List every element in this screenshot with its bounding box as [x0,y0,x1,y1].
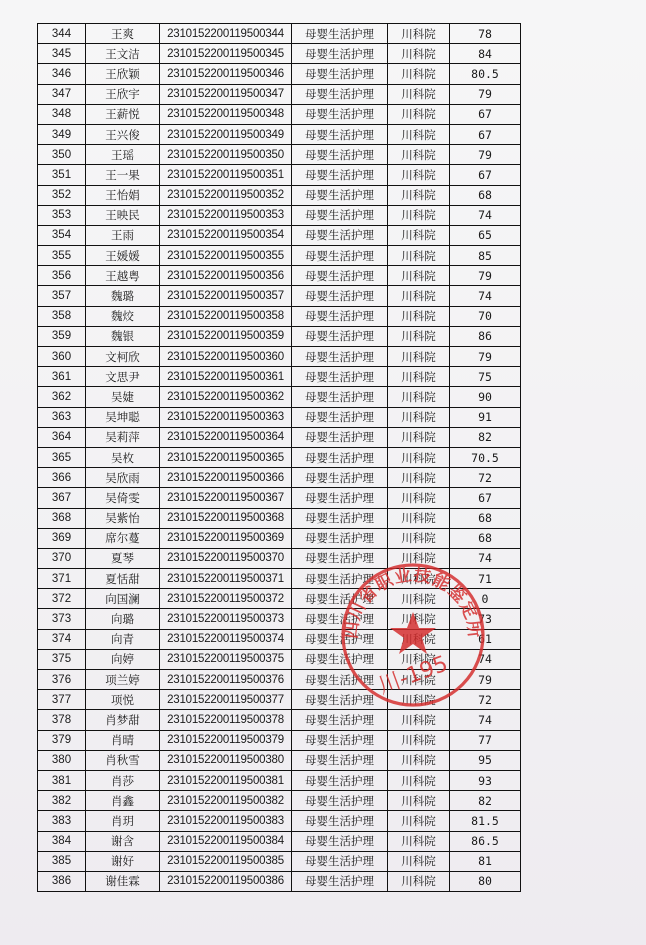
table-row: 379 肖晴 2310152200119500379 母婴生活护理 川科院 77 [38,730,521,750]
candidate-id: 2310152200119500383 [160,811,292,831]
score: 82 [450,427,521,447]
table-row: 345 王文洁 2310152200119500345 母婴生活护理 川科院 8… [38,44,521,64]
score: 70 [450,306,521,326]
table-row: 357 魏璐 2310152200119500357 母婴生活护理 川科院 74 [38,286,521,306]
candidate-id: 2310152200119500376 [160,670,292,690]
table-row: 383 肖玥 2310152200119500383 母婴生活护理 川科院 81… [38,811,521,831]
row-number: 360 [38,347,86,367]
candidate-name: 向婷 [86,649,160,669]
candidate-name: 向青 [86,629,160,649]
table-row: 369 席尔蔓 2310152200119500369 母婴生活护理 川科院 6… [38,528,521,548]
candidate-id: 2310152200119500344 [160,24,292,44]
program-name: 母婴生活护理 [292,831,388,851]
table-row: 349 王兴俊 2310152200119500349 母婴生活护理 川科院 6… [38,124,521,144]
program-name: 母婴生活护理 [292,589,388,609]
program-name: 母婴生活护理 [292,569,388,589]
program-name: 母婴生活护理 [292,286,388,306]
program-name: 母婴生活护理 [292,427,388,447]
row-number: 368 [38,508,86,528]
program-name: 母婴生活护理 [292,24,388,44]
candidate-id: 2310152200119500361 [160,367,292,387]
results-table-body: 344 王爽 2310152200119500344 母婴生活护理 川科院 78… [38,24,521,892]
table-row: 374 向青 2310152200119500374 母婴生活护理 川科院 61 [38,629,521,649]
score: 67 [450,488,521,508]
table-row: 351 王一果 2310152200119500351 母婴生活护理 川科院 6… [38,165,521,185]
organization: 川科院 [388,185,450,205]
candidate-name: 吴欣雨 [86,468,160,488]
candidate-name: 肖玥 [86,811,160,831]
candidate-name: 谢含 [86,831,160,851]
organization: 川科院 [388,569,450,589]
program-name: 母婴生活护理 [292,306,388,326]
candidate-name: 夏琴 [86,548,160,568]
candidate-name: 席尔蔓 [86,528,160,548]
row-number: 365 [38,447,86,467]
row-number: 345 [38,44,86,64]
candidate-id: 2310152200119500359 [160,326,292,346]
row-number: 354 [38,225,86,245]
organization: 川科院 [388,670,450,690]
candidate-id: 2310152200119500381 [160,770,292,790]
program-name: 母婴生活护理 [292,185,388,205]
score: 84 [450,44,521,64]
organization: 川科院 [388,44,450,64]
candidate-name: 肖秋雪 [86,750,160,770]
organization: 川科院 [388,407,450,427]
row-number: 356 [38,266,86,286]
table-row: 372 向国澜 2310152200119500372 母婴生活护理 川科院 0 [38,589,521,609]
candidate-id: 2310152200119500364 [160,427,292,447]
organization: 川科院 [388,124,450,144]
organization: 川科院 [388,629,450,649]
organization: 川科院 [388,609,450,629]
program-name: 母婴生活护理 [292,730,388,750]
program-name: 母婴生活护理 [292,447,388,467]
candidate-id: 2310152200119500369 [160,528,292,548]
candidate-name: 王薪悦 [86,104,160,124]
row-number: 347 [38,84,86,104]
program-name: 母婴生活护理 [292,326,388,346]
row-number: 371 [38,569,86,589]
candidate-id: 2310152200119500377 [160,690,292,710]
table-row: 386 谢佳霖 2310152200119500386 母婴生活护理 川科院 8… [38,871,521,891]
row-number: 350 [38,145,86,165]
program-name: 母婴生活护理 [292,367,388,387]
table-row: 375 向婷 2310152200119500375 母婴生活护理 川科院 74 [38,649,521,669]
table-row: 384 谢含 2310152200119500384 母婴生活护理 川科院 86… [38,831,521,851]
organization: 川科院 [388,589,450,609]
table-row: 344 王爽 2310152200119500344 母婴生活护理 川科院 78 [38,24,521,44]
row-number: 386 [38,871,86,891]
score: 74 [450,710,521,730]
candidate-name: 文柯欣 [86,347,160,367]
candidate-id: 2310152200119500348 [160,104,292,124]
table-row: 381 肖莎 2310152200119500381 母婴生活护理 川科院 93 [38,770,521,790]
table-row: 358 魏烄 2310152200119500358 母婴生活护理 川科院 70 [38,306,521,326]
organization: 川科院 [388,730,450,750]
organization: 川科院 [388,710,450,730]
candidate-id: 2310152200119500372 [160,589,292,609]
score: 80 [450,871,521,891]
candidate-id: 2310152200119500353 [160,205,292,225]
candidate-id: 2310152200119500363 [160,407,292,427]
row-number: 349 [38,124,86,144]
candidate-name: 王媛媛 [86,246,160,266]
table-row: 376 项兰婷 2310152200119500376 母婴生活护理 川科院 7… [38,670,521,690]
row-number: 366 [38,468,86,488]
score: 68 [450,508,521,528]
candidate-id: 2310152200119500362 [160,387,292,407]
score: 85 [450,246,521,266]
table-row: 373 向璐 2310152200119500373 母婴生活护理 川科院 73 [38,609,521,629]
candidate-id: 2310152200119500365 [160,447,292,467]
candidate-name: 王爽 [86,24,160,44]
row-number: 380 [38,750,86,770]
score: 79 [450,670,521,690]
table-row: 353 王映民 2310152200119500353 母婴生活护理 川科院 7… [38,205,521,225]
score: 74 [450,649,521,669]
candidate-name: 夏恬甜 [86,569,160,589]
row-number: 355 [38,246,86,266]
program-name: 母婴生活护理 [292,750,388,770]
candidate-name: 王兴俊 [86,124,160,144]
program-name: 母婴生活护理 [292,710,388,730]
table-row: 365 吴枚 2310152200119500365 母婴生活护理 川科院 70… [38,447,521,467]
organization: 川科院 [388,24,450,44]
organization: 川科院 [388,528,450,548]
candidate-id: 2310152200119500379 [160,730,292,750]
candidate-id: 2310152200119500357 [160,286,292,306]
organization: 川科院 [388,165,450,185]
program-name: 母婴生活护理 [292,871,388,891]
score: 86 [450,326,521,346]
score: 67 [450,124,521,144]
table-row: 378 肖梦甜 2310152200119500378 母婴生活护理 川科院 7… [38,710,521,730]
organization: 川科院 [388,750,450,770]
program-name: 母婴生活护理 [292,629,388,649]
organization: 川科院 [388,791,450,811]
table-row: 366 吴欣雨 2310152200119500366 母婴生活护理 川科院 7… [38,468,521,488]
candidate-id: 2310152200119500351 [160,165,292,185]
program-name: 母婴生活护理 [292,791,388,811]
organization: 川科院 [388,851,450,871]
program-name: 母婴生活护理 [292,64,388,84]
candidate-id: 2310152200119500371 [160,569,292,589]
program-name: 母婴生活护理 [292,811,388,831]
results-table: 344 王爽 2310152200119500344 母婴生活护理 川科院 78… [37,23,521,892]
candidate-id: 2310152200119500375 [160,649,292,669]
organization: 川科院 [388,387,450,407]
score: 67 [450,165,521,185]
program-name: 母婴生活护理 [292,266,388,286]
candidate-name: 吴莉萍 [86,427,160,447]
score: 81.5 [450,811,521,831]
candidate-id: 2310152200119500373 [160,609,292,629]
program-name: 母婴生活护理 [292,548,388,568]
program-name: 母婴生活护理 [292,488,388,508]
row-number: 372 [38,589,86,609]
candidate-name: 吴婕 [86,387,160,407]
score: 78 [450,24,521,44]
candidate-name: 文思尹 [86,367,160,387]
candidate-name: 向国澜 [86,589,160,609]
score: 79 [450,145,521,165]
table-row: 362 吴婕 2310152200119500362 母婴生活护理 川科院 90 [38,387,521,407]
score: 0 [450,589,521,609]
table-row: 355 王媛媛 2310152200119500355 母婴生活护理 川科院 8… [38,246,521,266]
candidate-name: 谢佳霖 [86,871,160,891]
score: 95 [450,750,521,770]
row-number: 384 [38,831,86,851]
program-name: 母婴生活护理 [292,84,388,104]
organization: 川科院 [388,811,450,831]
score: 75 [450,367,521,387]
program-name: 母婴生活护理 [292,407,388,427]
organization: 川科院 [388,690,450,710]
row-number: 362 [38,387,86,407]
table-row: 363 吴坤聪 2310152200119500363 母婴生活护理 川科院 9… [38,407,521,427]
organization: 川科院 [388,427,450,447]
table-row: 352 王怡娟 2310152200119500352 母婴生活护理 川科院 6… [38,185,521,205]
program-name: 母婴生活护理 [292,508,388,528]
row-number: 367 [38,488,86,508]
candidate-name: 魏烄 [86,306,160,326]
candidate-name: 吴坤聪 [86,407,160,427]
organization: 川科院 [388,508,450,528]
program-name: 母婴生活护理 [292,770,388,790]
candidate-name: 王映民 [86,205,160,225]
candidate-id: 2310152200119500368 [160,508,292,528]
program-name: 母婴生活护理 [292,104,388,124]
program-name: 母婴生活护理 [292,387,388,407]
table-row: 346 王欣颖 2310152200119500346 母婴生活护理 川科院 8… [38,64,521,84]
program-name: 母婴生活护理 [292,205,388,225]
candidate-id: 2310152200119500374 [160,629,292,649]
program-name: 母婴生活护理 [292,851,388,871]
row-number: 346 [38,64,86,84]
table-row: 367 吴倚雯 2310152200119500367 母婴生活护理 川科院 6… [38,488,521,508]
candidate-id: 2310152200119500349 [160,124,292,144]
score: 74 [450,286,521,306]
candidate-id: 2310152200119500385 [160,851,292,871]
program-name: 母婴生活护理 [292,468,388,488]
candidate-id: 2310152200119500350 [160,145,292,165]
organization: 川科院 [388,326,450,346]
score: 67 [450,104,521,124]
candidate-id: 2310152200119500366 [160,468,292,488]
program-name: 母婴生活护理 [292,225,388,245]
score: 68 [450,528,521,548]
organization: 川科院 [388,84,450,104]
organization: 川科院 [388,831,450,851]
score: 72 [450,690,521,710]
table-row: 360 文柯欣 2310152200119500360 母婴生活护理 川科院 7… [38,347,521,367]
score: 79 [450,266,521,286]
row-number: 357 [38,286,86,306]
organization: 川科院 [388,246,450,266]
candidate-name: 王欣宇 [86,84,160,104]
row-number: 382 [38,791,86,811]
organization: 川科院 [388,468,450,488]
score: 80.5 [450,64,521,84]
organization: 川科院 [388,367,450,387]
table-row: 350 王瑶 2310152200119500350 母婴生活护理 川科院 79 [38,145,521,165]
row-number: 361 [38,367,86,387]
candidate-name: 谢好 [86,851,160,871]
candidate-name: 肖晴 [86,730,160,750]
row-number: 358 [38,306,86,326]
row-number: 364 [38,427,86,447]
candidate-id: 2310152200119500384 [160,831,292,851]
candidate-id: 2310152200119500354 [160,225,292,245]
candidate-name: 王雨 [86,225,160,245]
candidate-name: 王怡娟 [86,185,160,205]
score: 61 [450,629,521,649]
organization: 川科院 [388,266,450,286]
score: 72 [450,468,521,488]
candidate-name: 项兰婷 [86,670,160,690]
score: 65 [450,225,521,245]
score: 90 [450,387,521,407]
organization: 川科院 [388,64,450,84]
candidate-id: 2310152200119500386 [160,871,292,891]
organization: 川科院 [388,306,450,326]
row-number: 373 [38,609,86,629]
row-number: 363 [38,407,86,427]
organization: 川科院 [388,145,450,165]
candidate-name: 王文洁 [86,44,160,64]
candidate-id: 2310152200119500360 [160,347,292,367]
organization: 川科院 [388,104,450,124]
program-name: 母婴生活护理 [292,165,388,185]
candidate-id: 2310152200119500370 [160,548,292,568]
candidate-name: 项悦 [86,690,160,710]
score: 77 [450,730,521,750]
candidate-name: 魏璐 [86,286,160,306]
table-row: 377 项悦 2310152200119500377 母婴生活护理 川科院 72 [38,690,521,710]
organization: 川科院 [388,649,450,669]
table-row: 356 王越粤 2310152200119500356 母婴生活护理 川科院 7… [38,266,521,286]
score: 91 [450,407,521,427]
row-number: 374 [38,629,86,649]
score: 82 [450,791,521,811]
program-name: 母婴生活护理 [292,528,388,548]
row-number: 370 [38,548,86,568]
score: 81 [450,851,521,871]
score: 70.5 [450,447,521,467]
program-name: 母婴生活护理 [292,347,388,367]
candidate-id: 2310152200119500378 [160,710,292,730]
candidate-name: 肖鑫 [86,791,160,811]
candidate-id: 2310152200119500367 [160,488,292,508]
program-name: 母婴生活护理 [292,246,388,266]
row-number: 379 [38,730,86,750]
score: 93 [450,770,521,790]
candidate-name: 向璐 [86,609,160,629]
program-name: 母婴生活护理 [292,649,388,669]
table-row: 370 夏琴 2310152200119500370 母婴生活护理 川科院 74 [38,548,521,568]
table-row: 385 谢好 2310152200119500385 母婴生活护理 川科院 81 [38,851,521,871]
candidate-id: 2310152200119500380 [160,750,292,770]
score: 79 [450,84,521,104]
row-number: 344 [38,24,86,44]
candidate-id: 2310152200119500358 [160,306,292,326]
row-number: 377 [38,690,86,710]
row-number: 359 [38,326,86,346]
table-row: 361 文思尹 2310152200119500361 母婴生活护理 川科院 7… [38,367,521,387]
row-number: 376 [38,670,86,690]
candidate-id: 2310152200119500355 [160,246,292,266]
row-number: 351 [38,165,86,185]
score: 86.5 [450,831,521,851]
candidate-name: 王瑶 [86,145,160,165]
candidate-id: 2310152200119500346 [160,64,292,84]
table-row: 348 王薪悦 2310152200119500348 母婴生活护理 川科院 6… [38,104,521,124]
score: 68 [450,185,521,205]
program-name: 母婴生活护理 [292,44,388,64]
candidate-id: 2310152200119500352 [160,185,292,205]
candidate-name: 王欣颖 [86,64,160,84]
candidate-name: 魏银 [86,326,160,346]
candidate-id: 2310152200119500347 [160,84,292,104]
candidate-name: 肖莎 [86,770,160,790]
organization: 川科院 [388,447,450,467]
candidate-name: 吴倚雯 [86,488,160,508]
row-number: 381 [38,770,86,790]
candidate-name: 肖梦甜 [86,710,160,730]
table-row: 371 夏恬甜 2310152200119500371 母婴生活护理 川科院 7… [38,569,521,589]
program-name: 母婴生活护理 [292,124,388,144]
organization: 川科院 [388,225,450,245]
table-row: 354 王雨 2310152200119500354 母婴生活护理 川科院 65 [38,225,521,245]
row-number: 348 [38,104,86,124]
score: 71 [450,569,521,589]
organization: 川科院 [388,871,450,891]
score: 79 [450,347,521,367]
table-row: 380 肖秋雪 2310152200119500380 母婴生活护理 川科院 9… [38,750,521,770]
candidate-name: 吴枚 [86,447,160,467]
program-name: 母婴生活护理 [292,690,388,710]
table-row: 364 吴莉萍 2310152200119500364 母婴生活护理 川科院 8… [38,427,521,447]
table-row: 382 肖鑫 2310152200119500382 母婴生活护理 川科院 82 [38,791,521,811]
organization: 川科院 [388,205,450,225]
organization: 川科院 [388,770,450,790]
row-number: 378 [38,710,86,730]
program-name: 母婴生活护理 [292,609,388,629]
organization: 川科院 [388,286,450,306]
organization: 川科院 [388,488,450,508]
score: 74 [450,205,521,225]
row-number: 375 [38,649,86,669]
candidate-name: 王越粤 [86,266,160,286]
table-row: 359 魏银 2310152200119500359 母婴生活护理 川科院 86 [38,326,521,346]
program-name: 母婴生活护理 [292,670,388,690]
candidate-id: 2310152200119500356 [160,266,292,286]
score: 74 [450,548,521,568]
program-name: 母婴生活护理 [292,145,388,165]
row-number: 352 [38,185,86,205]
organization: 川科院 [388,548,450,568]
row-number: 383 [38,811,86,831]
table-row: 368 吴紫怡 2310152200119500368 母婴生活护理 川科院 6… [38,508,521,528]
candidate-name: 王一果 [86,165,160,185]
row-number: 385 [38,851,86,871]
score: 73 [450,609,521,629]
organization: 川科院 [388,347,450,367]
table-row: 347 王欣宇 2310152200119500347 母婴生活护理 川科院 7… [38,84,521,104]
candidate-name: 吴紫怡 [86,508,160,528]
candidate-id: 2310152200119500345 [160,44,292,64]
